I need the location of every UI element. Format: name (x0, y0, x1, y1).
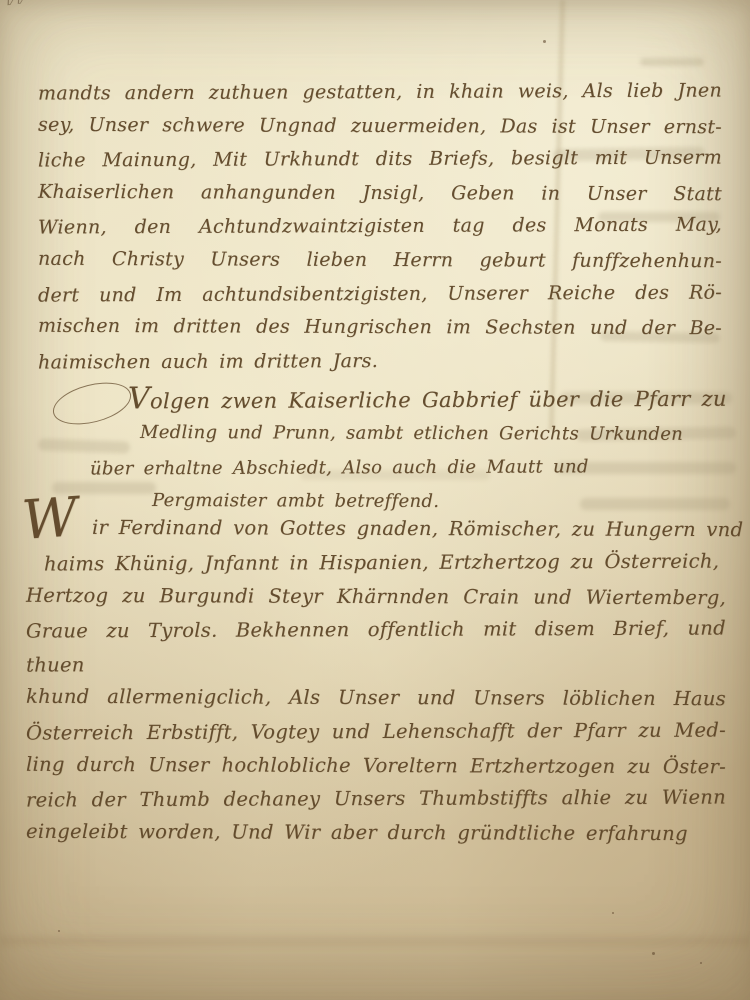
paper-crease (0, 933, 750, 949)
corner-pen-marks: ı⁄ı⁄ (5, 0, 28, 9)
text-line: haims Khünig, Jnfannt in Hispanien, Ertz… (44, 544, 726, 581)
text-line: ir Ferdinand von Gottes gnaden, Römische… (92, 511, 726, 547)
paragraph-charter-intitulatio: W ir Ferdinand von Gottes gnaden, Römisc… (26, 512, 726, 850)
text-line: eingeleibt worden, Und Wir aber durch gr… (26, 815, 726, 851)
ink-speck (612, 912, 614, 914)
text-line: khund allermenigclich, Als Unser und Uns… (26, 680, 726, 716)
text-line: nach Christy Unsers lieben Herrn geburt … (38, 243, 722, 279)
text-line: haimischen auch im dritten Jars. (38, 343, 722, 380)
text-line: Wienn, den Achtundzwaintzigisten tag des… (38, 209, 722, 246)
text-line: ling durch Unser hochlobliche Voreltern … (26, 747, 726, 783)
ink-speck (543, 40, 546, 43)
text-line: reich der Thumb dechaney Unsers Thumbsti… (26, 781, 726, 818)
section-heading: Volgen zwen Kaiserliche Gabbrief über di… (0, 383, 750, 519)
text-line: Österreich Erbstifft, Vogtey und Lehensc… (26, 713, 726, 750)
ink-bleedthrough (640, 58, 704, 66)
text-line: liche Mainung, Mit Urkhundt dits Briefs,… (38, 142, 722, 179)
text-line: dert und Im achtundsibentzigisten, Unser… (38, 276, 722, 313)
text-line: Graue zu Tyrols. Bekhennen offentlich mi… (26, 612, 726, 683)
heading-line: Volgen zwen Kaiserliche Gabbrief über di… (128, 382, 750, 419)
paragraph-closing-of-letter: mandts andern zuthuen gestatten, in khai… (38, 76, 722, 378)
ink-speck (700, 962, 702, 964)
ink-speck (58, 930, 60, 932)
pen-flourish-oval (49, 375, 136, 432)
text-line: Hertzog zu Burgundi Steyr Khärnnden Crai… (26, 578, 726, 614)
heading-line: über erhaltne Abschiedt, Also auch die M… (90, 450, 750, 487)
manuscript-page-photo: ı⁄ı⁄ mandts andern zuthuen gestatten, in… (0, 0, 750, 1000)
text-line: sey, Unser schwere Ungnad zuuermeiden, D… (38, 108, 722, 144)
drop-cap-w: W (21, 500, 79, 538)
text-line: mandts andern zuthuen gestatten, in khai… (38, 75, 722, 112)
text-line: Khaiserlichen anhangunden Jnsigl, Geben … (38, 176, 722, 212)
heading-line: Medling und Prunn, sambt etlichen Gerich… (140, 416, 750, 452)
heading-initial-v: V (128, 381, 150, 416)
ink-speck (652, 952, 655, 955)
heading-text: olgen zwen Kaiserliche Gabbrief über die… (150, 387, 727, 414)
text-line: mischen im dritten des Hungrischen im Se… (38, 310, 722, 346)
